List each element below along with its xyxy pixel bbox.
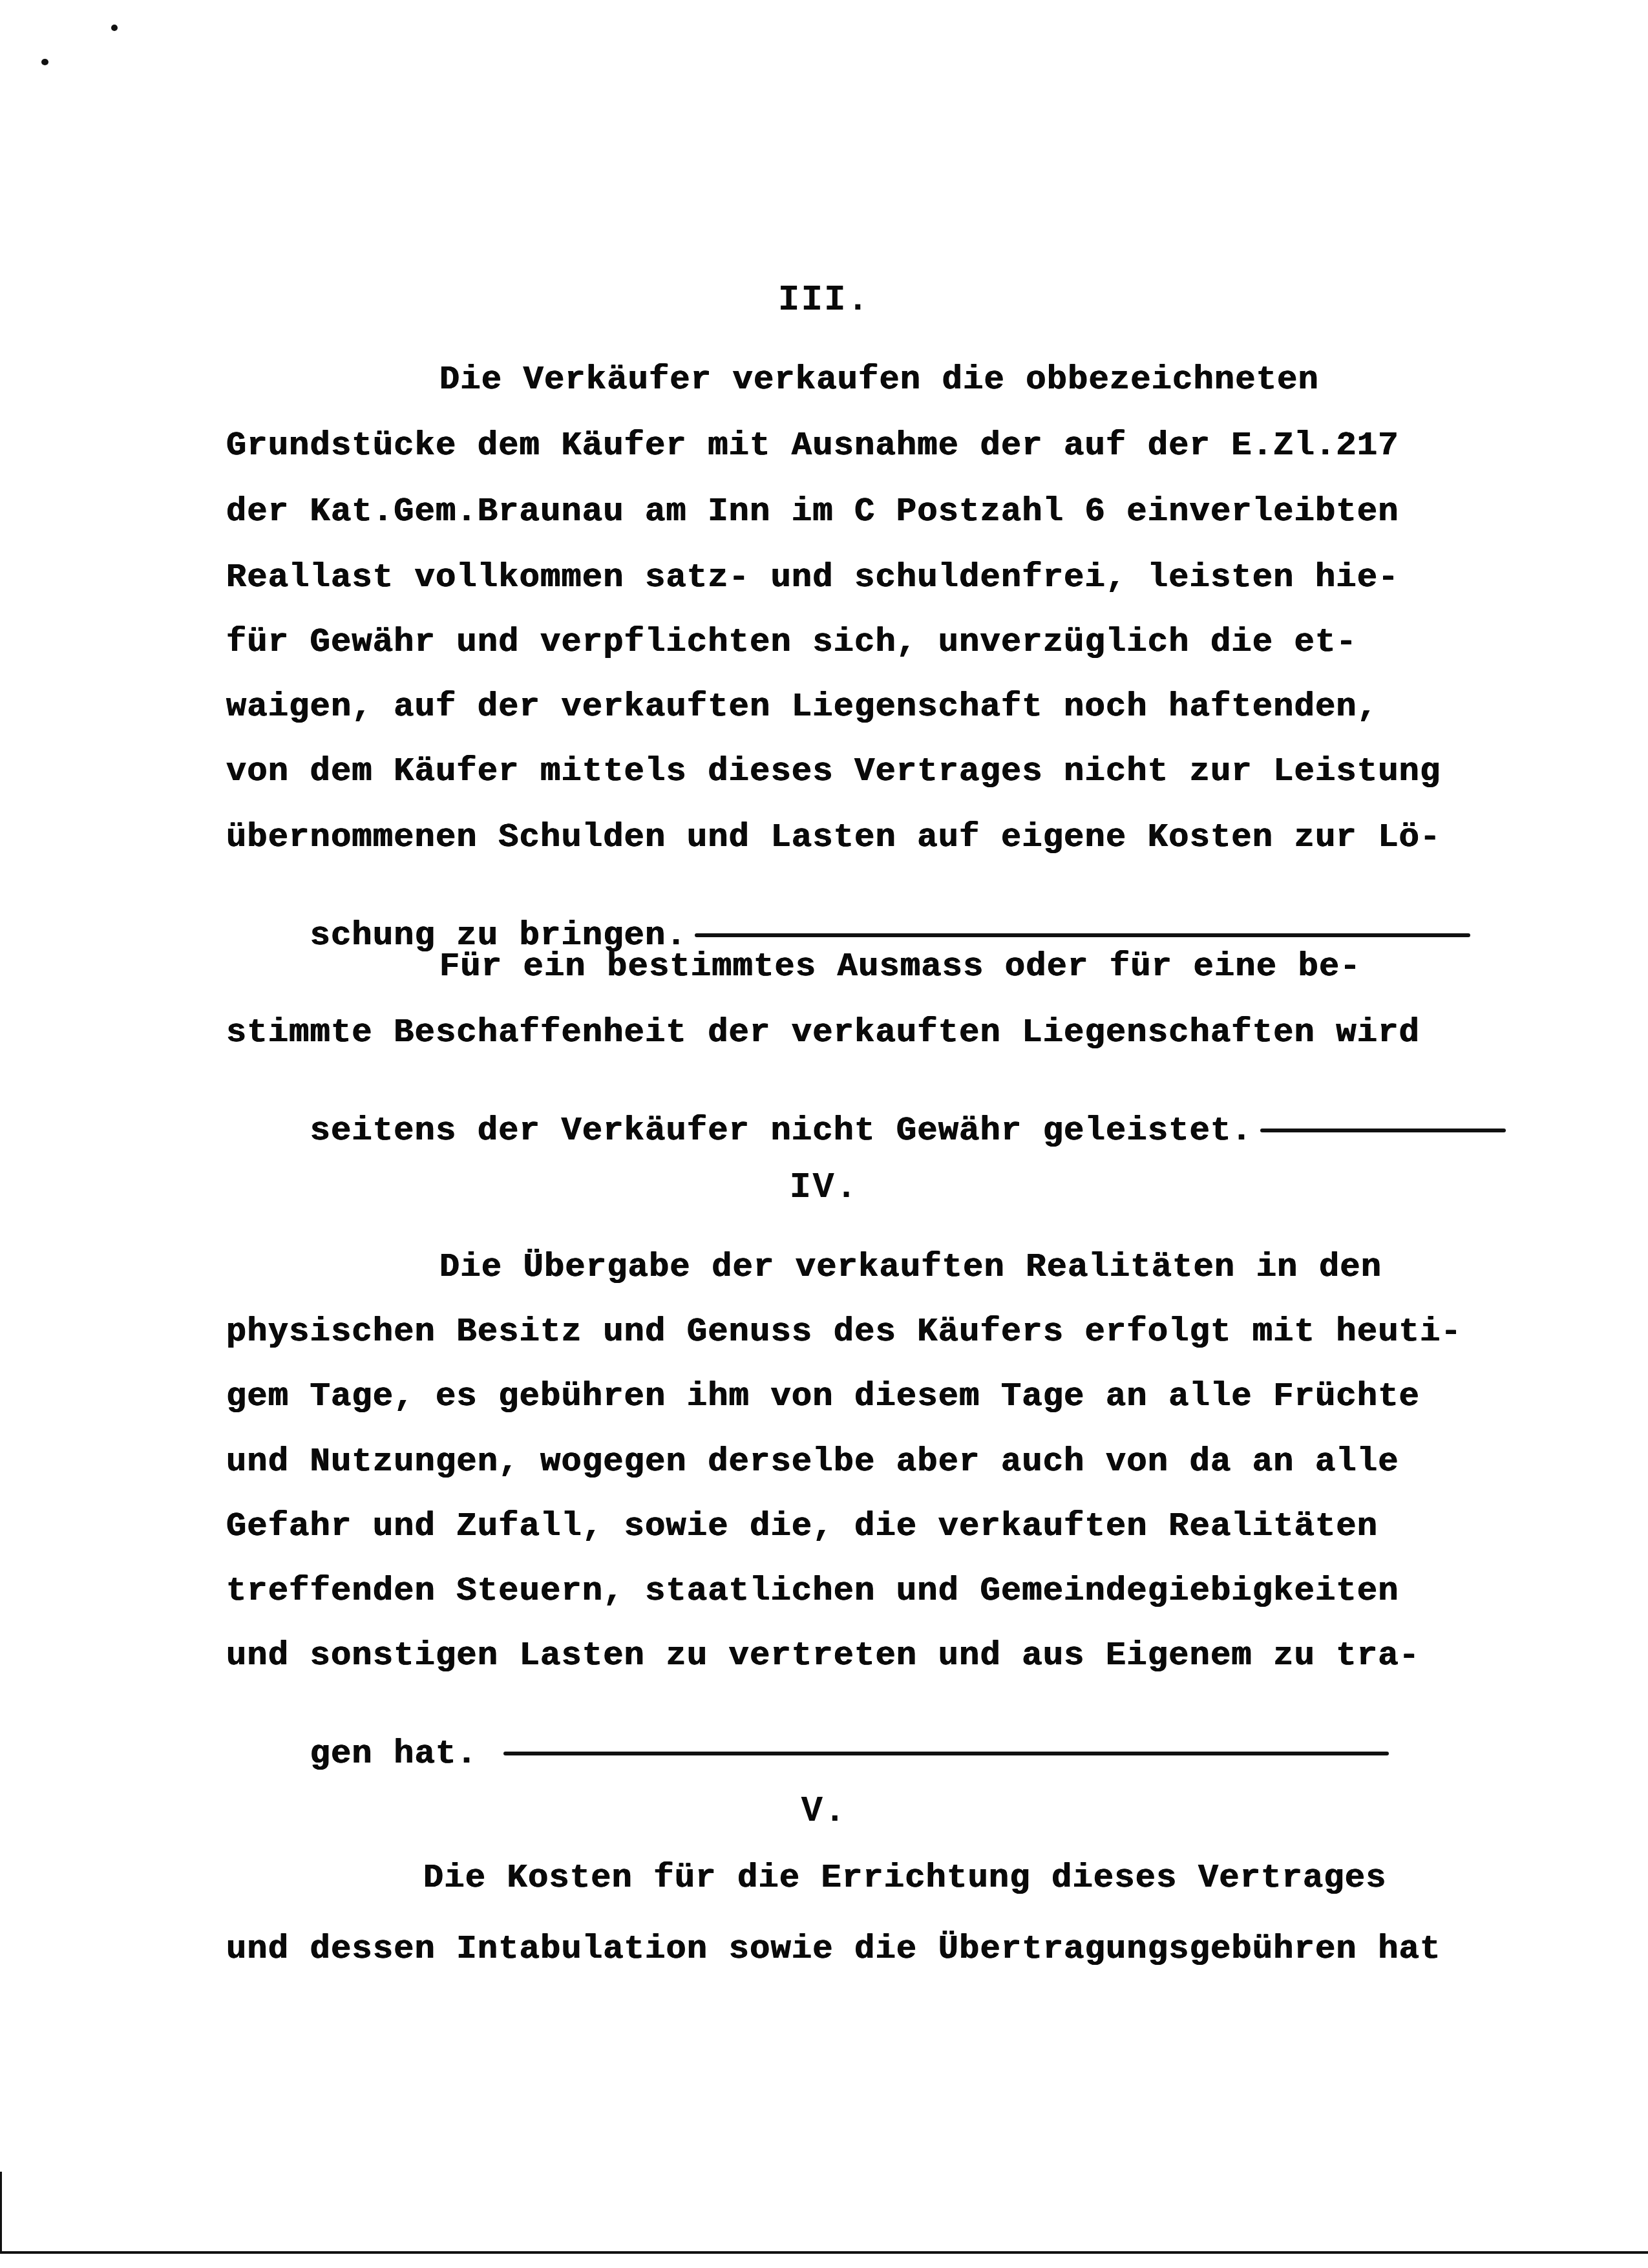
text-line: der Kat.Gem.Braunau am Inn im C Postzahl… bbox=[226, 495, 1399, 529]
text-line: Die Übergabe der verkauften Realitäten i… bbox=[439, 1251, 1382, 1284]
text-line: übernommenen Schulden und Lasten auf eig… bbox=[226, 821, 1441, 854]
text-line-with-rule: gen hat. bbox=[226, 1704, 1389, 1805]
text-line: stimmte Beschaffenheit der verkauften Li… bbox=[226, 1016, 1420, 1050]
text-line: Die Verkäufer verkaufen die obbezeichnet… bbox=[439, 363, 1319, 397]
text-line: von dem Käufer mittels dieses Vertrages … bbox=[226, 755, 1441, 789]
fill-dash-rule bbox=[1260, 1129, 1506, 1132]
text-line: waigen, auf der verkauften Liegenschaft … bbox=[226, 690, 1378, 724]
fill-dash-rule bbox=[695, 933, 1470, 937]
text-line: physischen Besitz und Genuss des Käufers… bbox=[226, 1315, 1462, 1349]
scan-bottom-edge bbox=[0, 2251, 1648, 2268]
text-line: Reallast vollkommen satz- und schuldenfr… bbox=[226, 561, 1399, 595]
text-line: Für ein bestimmtes Ausmass oder für eine… bbox=[439, 950, 1361, 984]
scan-speck bbox=[41, 59, 48, 65]
fill-dash-rule bbox=[503, 1752, 1389, 1755]
section-number: III. bbox=[0, 279, 1648, 321]
text-line: Gefahr und Zufall, sowie die, die verkau… bbox=[226, 1510, 1378, 1543]
text-line: und Nutzungen, wogegen derselbe aber auc… bbox=[226, 1445, 1399, 1479]
scanned-document-page: III. Die Verkäufer verkaufen die obbezei… bbox=[0, 0, 1648, 2268]
section-number: IV. bbox=[0, 1167, 1648, 1208]
text-fragment: seitens der Verkäufer nicht Gewähr gelei… bbox=[310, 1112, 1252, 1150]
text-line: gem Tage, es gebühren ihm von diesem Tag… bbox=[226, 1380, 1420, 1414]
text-line: und sonstigen Lasten zu vertreten und au… bbox=[226, 1639, 1420, 1673]
text-line: Grundstücke dem Käufer mit Ausnahme der … bbox=[226, 429, 1399, 463]
text-line: und dessen Intabulation sowie die Übertr… bbox=[226, 1933, 1441, 1966]
text-line: für Gewähr und verpflichten sich, unverz… bbox=[226, 626, 1357, 659]
text-line: Die Kosten für die Errichtung dieses Ver… bbox=[423, 1861, 1387, 1895]
scan-speck bbox=[111, 25, 118, 31]
text-line: treffenden Steuern, staatlichen und Geme… bbox=[226, 1574, 1399, 1608]
section-number: V. bbox=[0, 1790, 1648, 1832]
text-fragment: gen hat. bbox=[310, 1735, 478, 1773]
